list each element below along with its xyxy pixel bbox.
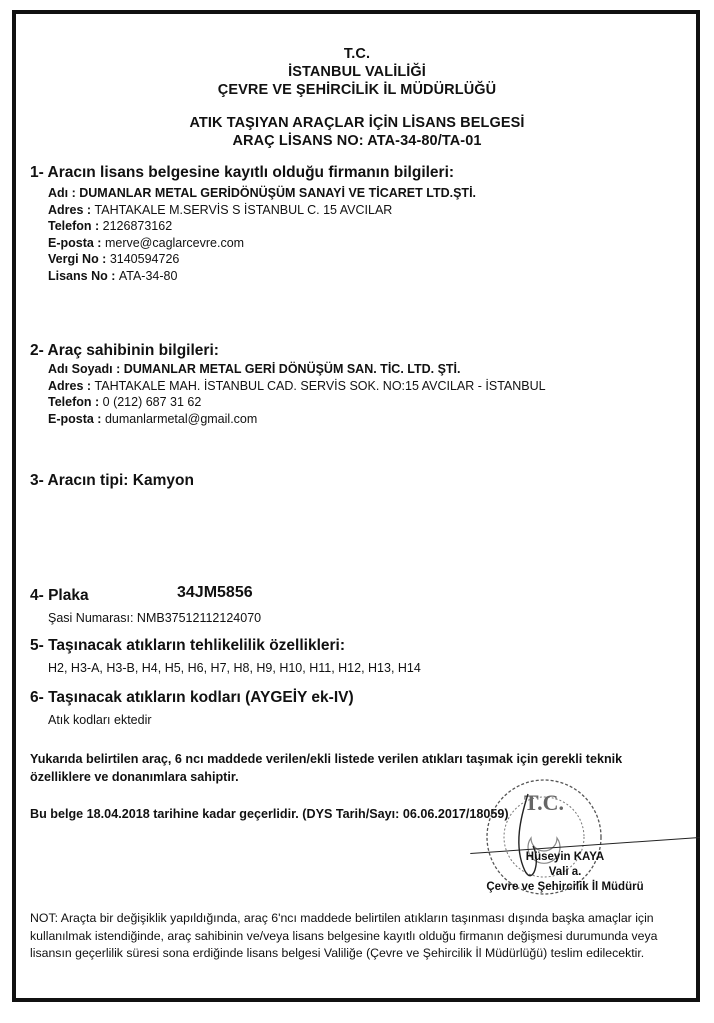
section1-field: Lisans No : ATA-34-80 — [48, 269, 177, 283]
field-value: 3140594726 — [110, 252, 180, 266]
field-value: 0 (212) 687 31 62 — [103, 395, 202, 409]
hazard-properties: H2, H3-A, H3-B, H4, H5, H6, H7, H8, H9, … — [48, 661, 421, 675]
field-label: Adres : — [48, 203, 95, 217]
section2-field: Telefon : 0 (212) 687 31 62 — [48, 395, 201, 409]
section1-field: Telefon : 2126873162 — [48, 219, 172, 233]
field-value: ATA-34-80 — [119, 269, 178, 283]
signatory-name: Hüseyin KAYA — [460, 851, 670, 863]
field-label: E-posta : — [48, 236, 105, 250]
section1-heading: 1- Aracın lisans belgesine kayıtlı olduğ… — [30, 164, 454, 182]
section1-field: Vergi No : 3140594726 — [48, 252, 179, 266]
section3-heading: 3- Aracın tipi: Kamyon — [30, 472, 194, 490]
footer-note: NOT: Araçta bir değişiklik yapıldığında,… — [30, 910, 690, 963]
header-governorship: İSTANBUL VALİLİĞİ — [0, 64, 714, 80]
field-value: 2126873162 — [103, 219, 173, 233]
statement-line1: Yukarıda belirtilen araç, 6 ncı maddede … — [30, 750, 622, 768]
section2-field: Adres : TAHTAKALE MAH. İSTANBUL CAD. SER… — [48, 379, 546, 393]
field-label: Adı : — [48, 186, 79, 200]
field-label: Vergi No : — [48, 252, 110, 266]
plate-number: 34JM5856 — [177, 584, 253, 602]
field-value: TAHTAKALE MAH. İSTANBUL CAD. SERVİS SOK.… — [95, 379, 546, 393]
section2-field: Adı Soyadı : DUMANLAR METAL GERİ DÖNÜŞÜM… — [48, 362, 461, 376]
statement-line2: özelliklere ve donanımlara sahiptir. — [30, 768, 239, 786]
official-stamp-icon: T.C. — [483, 776, 605, 898]
field-value: TAHTAKALE M.SERVİS S İSTANBUL C. 15 AVCI… — [95, 203, 393, 217]
field-value: merve@caglarcevre.com — [105, 236, 244, 250]
field-value: dumanlarmetal@gmail.com — [105, 412, 257, 426]
field-label: Lisans No : — [48, 269, 119, 283]
header-tc: T.C. — [0, 46, 714, 62]
section2-heading: 2- Araç sahibinin bilgileri: — [30, 342, 219, 360]
field-value: DUMANLAR METAL GERİDÖNÜŞÜM SANAYİ VE TİC… — [79, 186, 476, 200]
section6-heading: 6- Taşınacak atıkların kodları (AYGEİY e… — [30, 689, 354, 707]
waste-codes: Atık kodları ektedir — [48, 713, 152, 727]
section1-field: Adı : DUMANLAR METAL GERİDÖNÜŞÜM SANAYİ … — [48, 186, 476, 200]
document-title: ATIK TAŞIYAN ARAÇLAR İÇİN LİSANS BELGESİ — [0, 115, 714, 131]
section4-heading: 4- Plaka — [30, 587, 89, 605]
chassis-number: Şasi Numarası: NMB37512112124070 — [48, 611, 261, 625]
section1-field: E-posta : merve@caglarcevre.com — [48, 236, 244, 250]
validity-text: Bu belge 18.04.2018 tarihine kadar geçer… — [30, 805, 509, 823]
field-value: DUMANLAR METAL GERİ DÖNÜŞÜM SAN. TİC. LT… — [124, 362, 461, 376]
header-directorate: ÇEVRE VE ŞEHİRCİLİK İL MÜDÜRLÜĞÜ — [0, 82, 714, 98]
field-label: E-posta : — [48, 412, 105, 426]
field-label: Adres : — [48, 379, 95, 393]
license-number: ARAÇ LİSANS NO: ATA-34-80/TA-01 — [0, 133, 714, 149]
stamp-text: T.C. — [524, 790, 564, 815]
section5-heading: 5- Taşınacak atıkların tehlikelilik özel… — [30, 637, 345, 655]
field-label: Adı Soyadı : — [48, 362, 124, 376]
signatory-title: Çevre ve Şehircilik İl Müdürü — [440, 881, 690, 893]
field-label: Telefon : — [48, 395, 103, 409]
signatory-role: Vali a. — [460, 866, 670, 878]
field-label: Telefon : — [48, 219, 103, 233]
section1-field: Adres : TAHTAKALE M.SERVİS S İSTANBUL C.… — [48, 203, 392, 217]
section2-field: E-posta : dumanlarmetal@gmail.com — [48, 412, 257, 426]
